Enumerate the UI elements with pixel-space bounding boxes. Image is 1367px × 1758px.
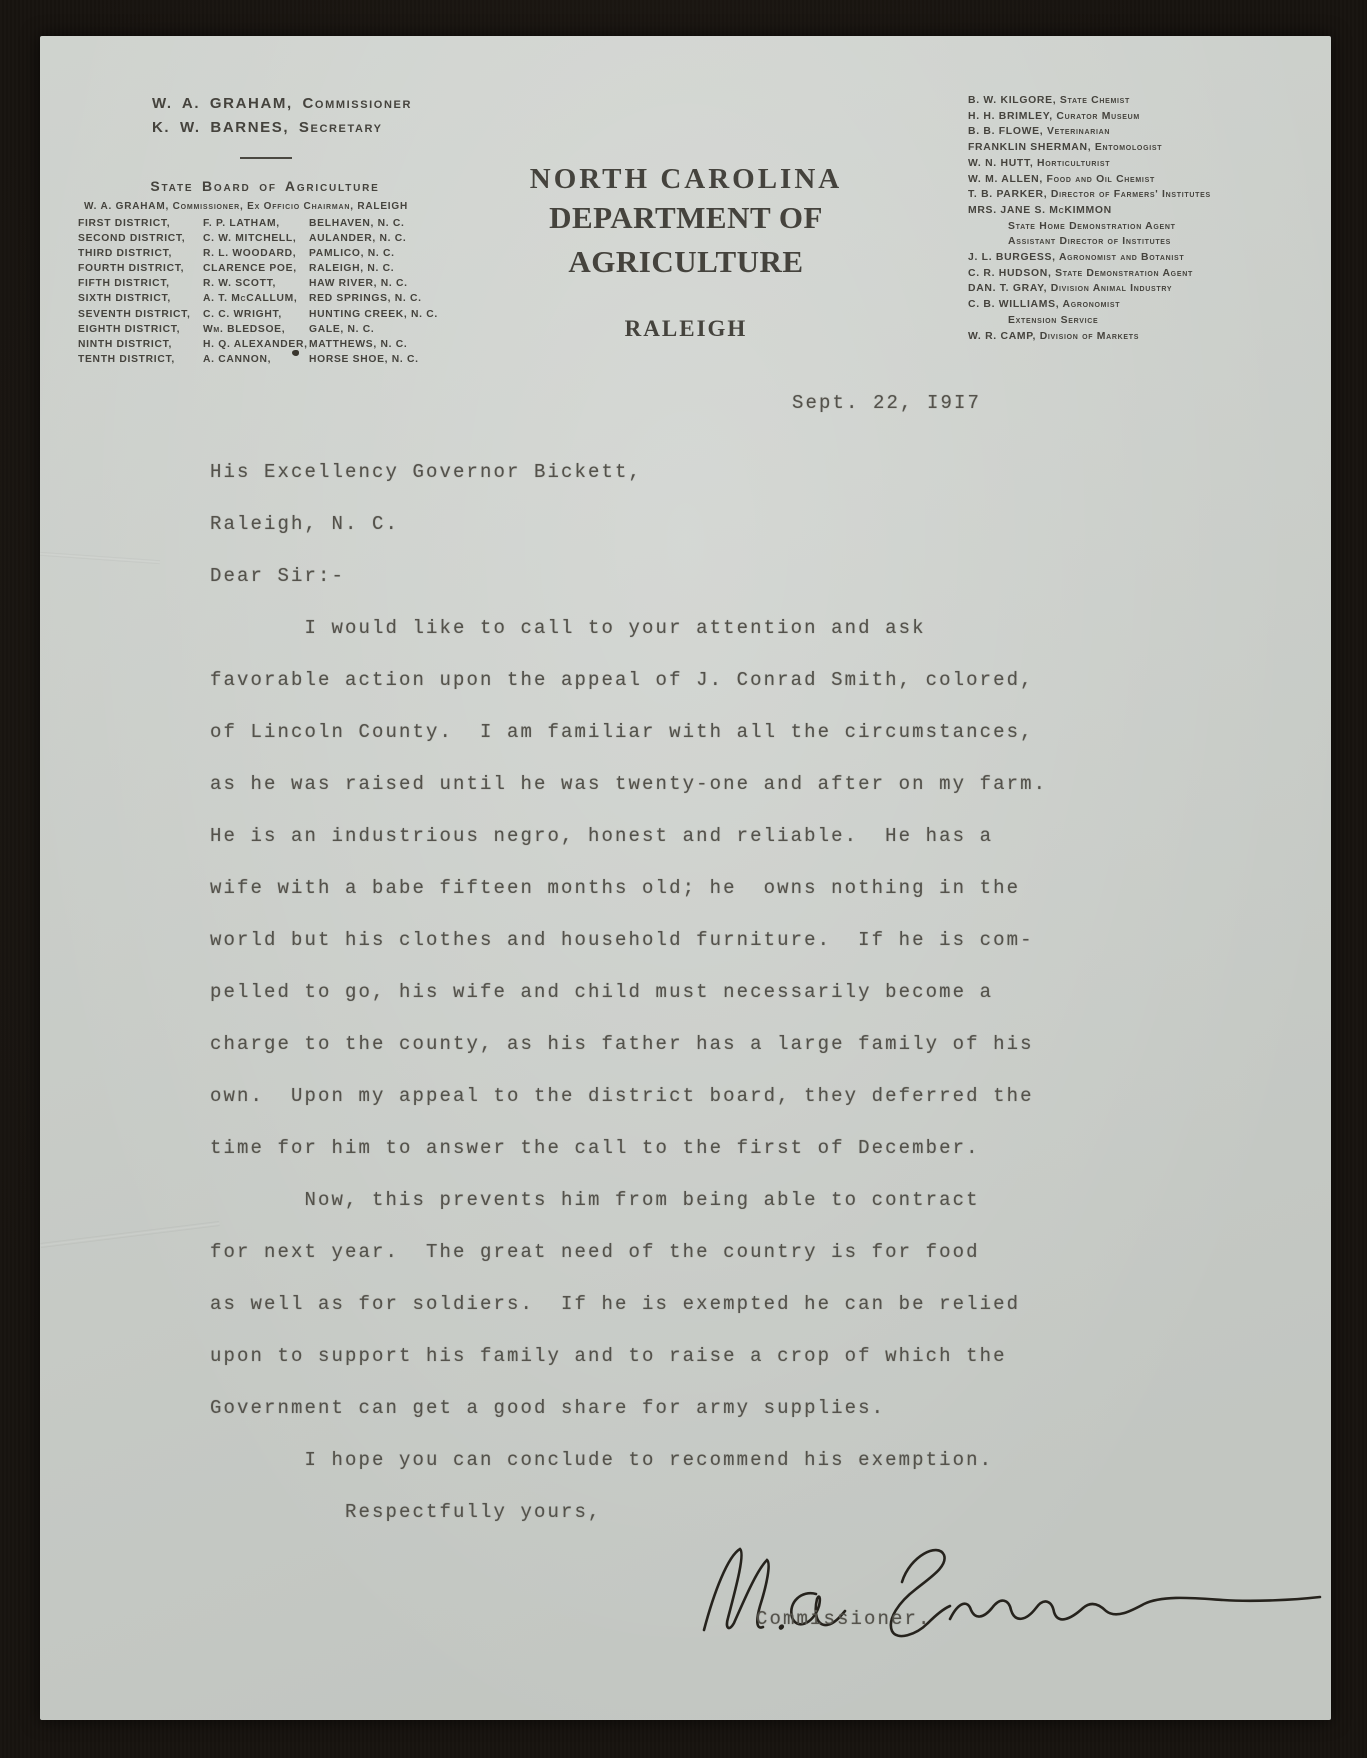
letter-line: favorable action upon the appeal of J. C…	[210, 654, 1290, 706]
district-member-place: HORSE SHOE, N. C.	[309, 352, 478, 367]
letter-line-text: as he was raised until he was twenty-one…	[210, 773, 1047, 795]
letter-line-text: world but his clothes and household furn…	[210, 929, 1034, 951]
letter-line: I would like to call to your attention a…	[210, 602, 1290, 654]
letter-line: He is an industrious negro, honest and r…	[210, 810, 1290, 862]
letter-line-text: Government can get a good share for army…	[210, 1397, 885, 1419]
district-member-name: C. C. WRIGHT,	[203, 307, 309, 322]
district-label: NINTH DISTRICT,	[78, 337, 203, 352]
staff-row: MRS. JANE S. McKIMMON	[968, 203, 1318, 219]
district-member-name: F. P. LATHAM,	[203, 216, 309, 231]
letter-line-text: I would like to call to your attention a…	[210, 617, 926, 639]
district-member-place: BELHAVEN, N. C.	[309, 216, 478, 231]
signature-handwriting	[688, 1538, 1328, 1648]
letter-line-text: Respectfully yours,	[210, 1501, 602, 1523]
letter-line: charge to the county, as his father has …	[210, 1018, 1290, 1070]
letter-line-text: pelled to go, his wife and child must ne…	[210, 981, 993, 1003]
letter-line-text: His Excellency Governor Bickett,	[210, 461, 642, 483]
letter-line-text: Dear Sir:-	[210, 565, 345, 587]
district-row: SECOND DISTRICT, C. W. MITCHELL, AULANDE…	[78, 231, 478, 246]
district-label: TENTH DISTRICT,	[78, 352, 203, 367]
district-row: EIGHTH DISTRICT, Wm. BLEDSOE, GALE, N. C…	[78, 322, 478, 337]
staff-entry: Assistant Director of Institutes	[1008, 236, 1171, 247]
staff-row: W. N. HUTT, Horticulturist	[968, 156, 1318, 172]
staff-entry: B. B. FLOWE, Veterinarian	[968, 126, 1110, 137]
letter-line: for next year. The great need of the cou…	[210, 1226, 1290, 1278]
district-row: TENTH DISTRICT, A. CANNON, HORSE SHOE, N…	[78, 352, 478, 367]
staff-entry: FRANKLIN SHERMAN, Entomologist	[968, 142, 1162, 153]
staff-entry: T. B. PARKER, Director of Farmers' Insti…	[968, 189, 1211, 200]
letter-line-text: wife with a babe fifteen months old; he …	[210, 877, 1020, 899]
staff-list: B. W. KILGORE, State Chemist H. H. BRIML…	[968, 93, 1318, 344]
district-member-place: MATTHEWS, N. C.	[309, 337, 478, 352]
staff-entry: H. H. BRIMLEY, Curator Museum	[968, 111, 1140, 122]
staff-entry: W. M. ALLEN, Food and Oil Chemist	[968, 174, 1155, 185]
letter-line: Raleigh, N. C.	[210, 498, 1290, 550]
staff-entry: State Home Demonstration Agent	[1008, 221, 1176, 232]
district-label: SECOND DISTRICT,	[78, 231, 203, 246]
letter-line-text: of Lincoln County. I am familiar with al…	[210, 721, 1034, 743]
district-label: FOURTH DISTRICT,	[78, 261, 203, 276]
paper-crease	[40, 1221, 219, 1248]
staff-entry: J. L. BURGESS, Agronomist and Botanist	[968, 252, 1184, 263]
letter-line: pelled to go, his wife and child must ne…	[210, 966, 1290, 1018]
district-member-place: AULANDER, N. C.	[309, 231, 478, 246]
letter-line: wife with a babe fifteen months old; he …	[210, 862, 1290, 914]
staff-entry: DAN. T. GRAY, Division Animal Industry	[968, 283, 1172, 294]
board-title: State Board of Agriculture	[110, 178, 420, 194]
letter-line-text: charge to the county, as his father has …	[210, 1033, 1034, 1055]
divider-rule	[240, 157, 292, 159]
district-row: SEVENTH DISTRICT, C. C. WRIGHT, HUNTING …	[78, 307, 478, 322]
commissioner-line: W. A. GRAHAM, Commissioner	[152, 92, 412, 116]
district-label: FIFTH DISTRICT,	[78, 276, 203, 291]
letter-line: as well as for soldiers. If he is exempt…	[210, 1278, 1290, 1330]
district-member-place: HAW RIVER, N. C.	[309, 276, 478, 291]
letter-line-text: time for him to answer the call to the f…	[210, 1137, 980, 1159]
letter-line-text: as well as for soldiers. If he is exempt…	[210, 1293, 1020, 1315]
district-label: THIRD DISTRICT,	[78, 246, 203, 261]
letter-line-text: favorable action upon the appeal of J. C…	[210, 669, 1034, 691]
letter-line-text: upon to support his family and to raise …	[210, 1345, 1007, 1367]
district-member-name: CLARENCE POE,	[203, 261, 309, 276]
date-line: Sept. 22, I9I7	[792, 392, 981, 414]
staff-row: B. B. FLOWE, Veterinarian	[968, 124, 1318, 140]
staff-entry: C. R. HUDSON, State Demonstration Agent	[968, 268, 1193, 279]
staff-row: W. M. ALLEN, Food and Oil Chemist	[968, 172, 1318, 188]
district-row: THIRD DISTRICT, R. L. WOODARD, PAMLICO, …	[78, 246, 478, 261]
letter-page: W. A. GRAHAM, Commissioner K. W. BARNES,…	[40, 36, 1331, 1720]
district-member-name: A. T. McCALLUM,	[203, 291, 309, 306]
letter-line: time for him to answer the call to the f…	[210, 1122, 1290, 1174]
letter-line-text: I hope you can conclude to recommend his…	[210, 1449, 993, 1471]
district-label: SIXTH DISTRICT,	[78, 291, 203, 306]
signature-title: Commissioner.	[756, 1608, 932, 1630]
letter-line: I hope you can conclude to recommend his…	[210, 1434, 1290, 1486]
staff-entry: Extension Service	[1008, 315, 1098, 326]
district-label: SEVENTH DISTRICT,	[78, 307, 203, 322]
staff-row: W. R. CAMP, Division of Markets	[968, 329, 1318, 345]
staff-entry: C. B. WILLIAMS, Agronomist	[968, 299, 1120, 310]
letterhead-officials: W. A. GRAHAM, Commissioner K. W. BARNES,…	[152, 92, 412, 140]
district-member-place: RED SPRINGS, N. C.	[309, 291, 478, 306]
board-chairman-line: W. A. GRAHAM, Commissioner, Ex Officio C…	[84, 201, 484, 212]
district-row: FIRST DISTRICT, F. P. LATHAM, BELHAVEN, …	[78, 216, 478, 231]
district-row: SIXTH DISTRICT, A. T. McCALLUM, RED SPRI…	[78, 291, 478, 306]
letter-line: as he was raised until he was twenty-one…	[210, 758, 1290, 810]
letter-line-text: He is an industrious negro, honest and r…	[210, 825, 993, 847]
district-row: FOURTH DISTRICT, CLARENCE POE, RALEIGH, …	[78, 261, 478, 276]
staff-row: J. L. BURGESS, Agronomist and Botanist	[968, 250, 1318, 266]
staff-row: H. H. BRIMLEY, Curator Museum	[968, 109, 1318, 125]
letter-line: upon to support his family and to raise …	[210, 1330, 1290, 1382]
ink-speck	[292, 350, 299, 356]
district-member-place: GALE, N. C.	[309, 322, 478, 337]
letter-line-text: own. Upon my appeal to the district boar…	[210, 1085, 1034, 1107]
letter-line: Respectfully yours,	[210, 1486, 1290, 1538]
letter-line: His Excellency Governor Bickett,	[210, 446, 1290, 498]
district-member-name: R. W. SCOTT,	[203, 276, 309, 291]
letter-line: world but his clothes and household furn…	[210, 914, 1290, 966]
staff-row: Assistant Director of Institutes	[968, 234, 1318, 250]
letter-line: Now, this prevents him from being able t…	[210, 1174, 1290, 1226]
district-member-name: Wm. BLEDSOE,	[203, 322, 309, 337]
staff-row: C. R. HUDSON, State Demonstration Agent	[968, 266, 1318, 282]
staff-entry: W. R. CAMP, Division of Markets	[968, 331, 1139, 342]
title-department: DEPARTMENT OF AGRICULTURE	[486, 196, 886, 284]
secretary-line: K. W. BARNES, Secretary	[152, 116, 412, 140]
paper-crease	[40, 552, 160, 564]
staff-entry: MRS. JANE S. McKIMMON	[968, 205, 1112, 216]
district-row: NINTH DISTRICT, H. Q. ALEXANDER, MATTHEW…	[78, 337, 478, 352]
title-state: NORTH CAROLINA	[486, 162, 886, 196]
letter-line: of Lincoln County. I am familiar with al…	[210, 706, 1290, 758]
photo-background: W. A. GRAHAM, Commissioner K. W. BARNES,…	[0, 0, 1367, 1758]
district-member-name: R. L. WOODARD,	[203, 246, 309, 261]
letter-line: Government can get a good share for army…	[210, 1382, 1290, 1434]
staff-row: C. B. WILLIAMS, Agronomist	[968, 297, 1318, 313]
staff-row: FRANKLIN SHERMAN, Entomologist	[968, 140, 1318, 156]
staff-entry: B. W. KILGORE, State Chemist	[968, 95, 1130, 106]
staff-row: B. W. KILGORE, State Chemist	[968, 93, 1318, 109]
district-label: EIGHTH DISTRICT,	[78, 322, 203, 337]
title-city: RALEIGH	[486, 316, 886, 342]
letter-line: own. Upon my appeal to the district boar…	[210, 1070, 1290, 1122]
letter-line-text: for next year. The great need of the cou…	[210, 1241, 980, 1263]
letter-line-text: Now, this prevents him from being able t…	[210, 1189, 980, 1211]
district-member-place: PAMLICO, N. C.	[309, 246, 478, 261]
district-member-name: C. W. MITCHELL,	[203, 231, 309, 246]
letter-line-text: Raleigh, N. C.	[210, 513, 399, 535]
district-label: FIRST DISTRICT,	[78, 216, 203, 231]
staff-row: T. B. PARKER, Director of Farmers' Insti…	[968, 187, 1318, 203]
staff-row: Extension Service	[968, 313, 1318, 329]
staff-row: DAN. T. GRAY, Division Animal Industry	[968, 281, 1318, 297]
letterhead-title: NORTH CAROLINA DEPARTMENT OF AGRICULTURE…	[486, 162, 886, 342]
district-list: FIRST DISTRICT, F. P. LATHAM, BELHAVEN, …	[78, 216, 478, 367]
staff-entry: W. N. HUTT, Horticulturist	[968, 158, 1110, 169]
district-member-place: RALEIGH, N. C.	[309, 261, 478, 276]
letter-body: His Excellency Governor Bickett, Raleigh…	[210, 446, 1290, 1538]
district-member-place: HUNTING CREEK, N. C.	[309, 307, 478, 322]
district-row: FIFTH DISTRICT, R. W. SCOTT, HAW RIVER, …	[78, 276, 478, 291]
staff-row: State Home Demonstration Agent	[968, 219, 1318, 235]
letter-line: Dear Sir:-	[210, 550, 1290, 602]
